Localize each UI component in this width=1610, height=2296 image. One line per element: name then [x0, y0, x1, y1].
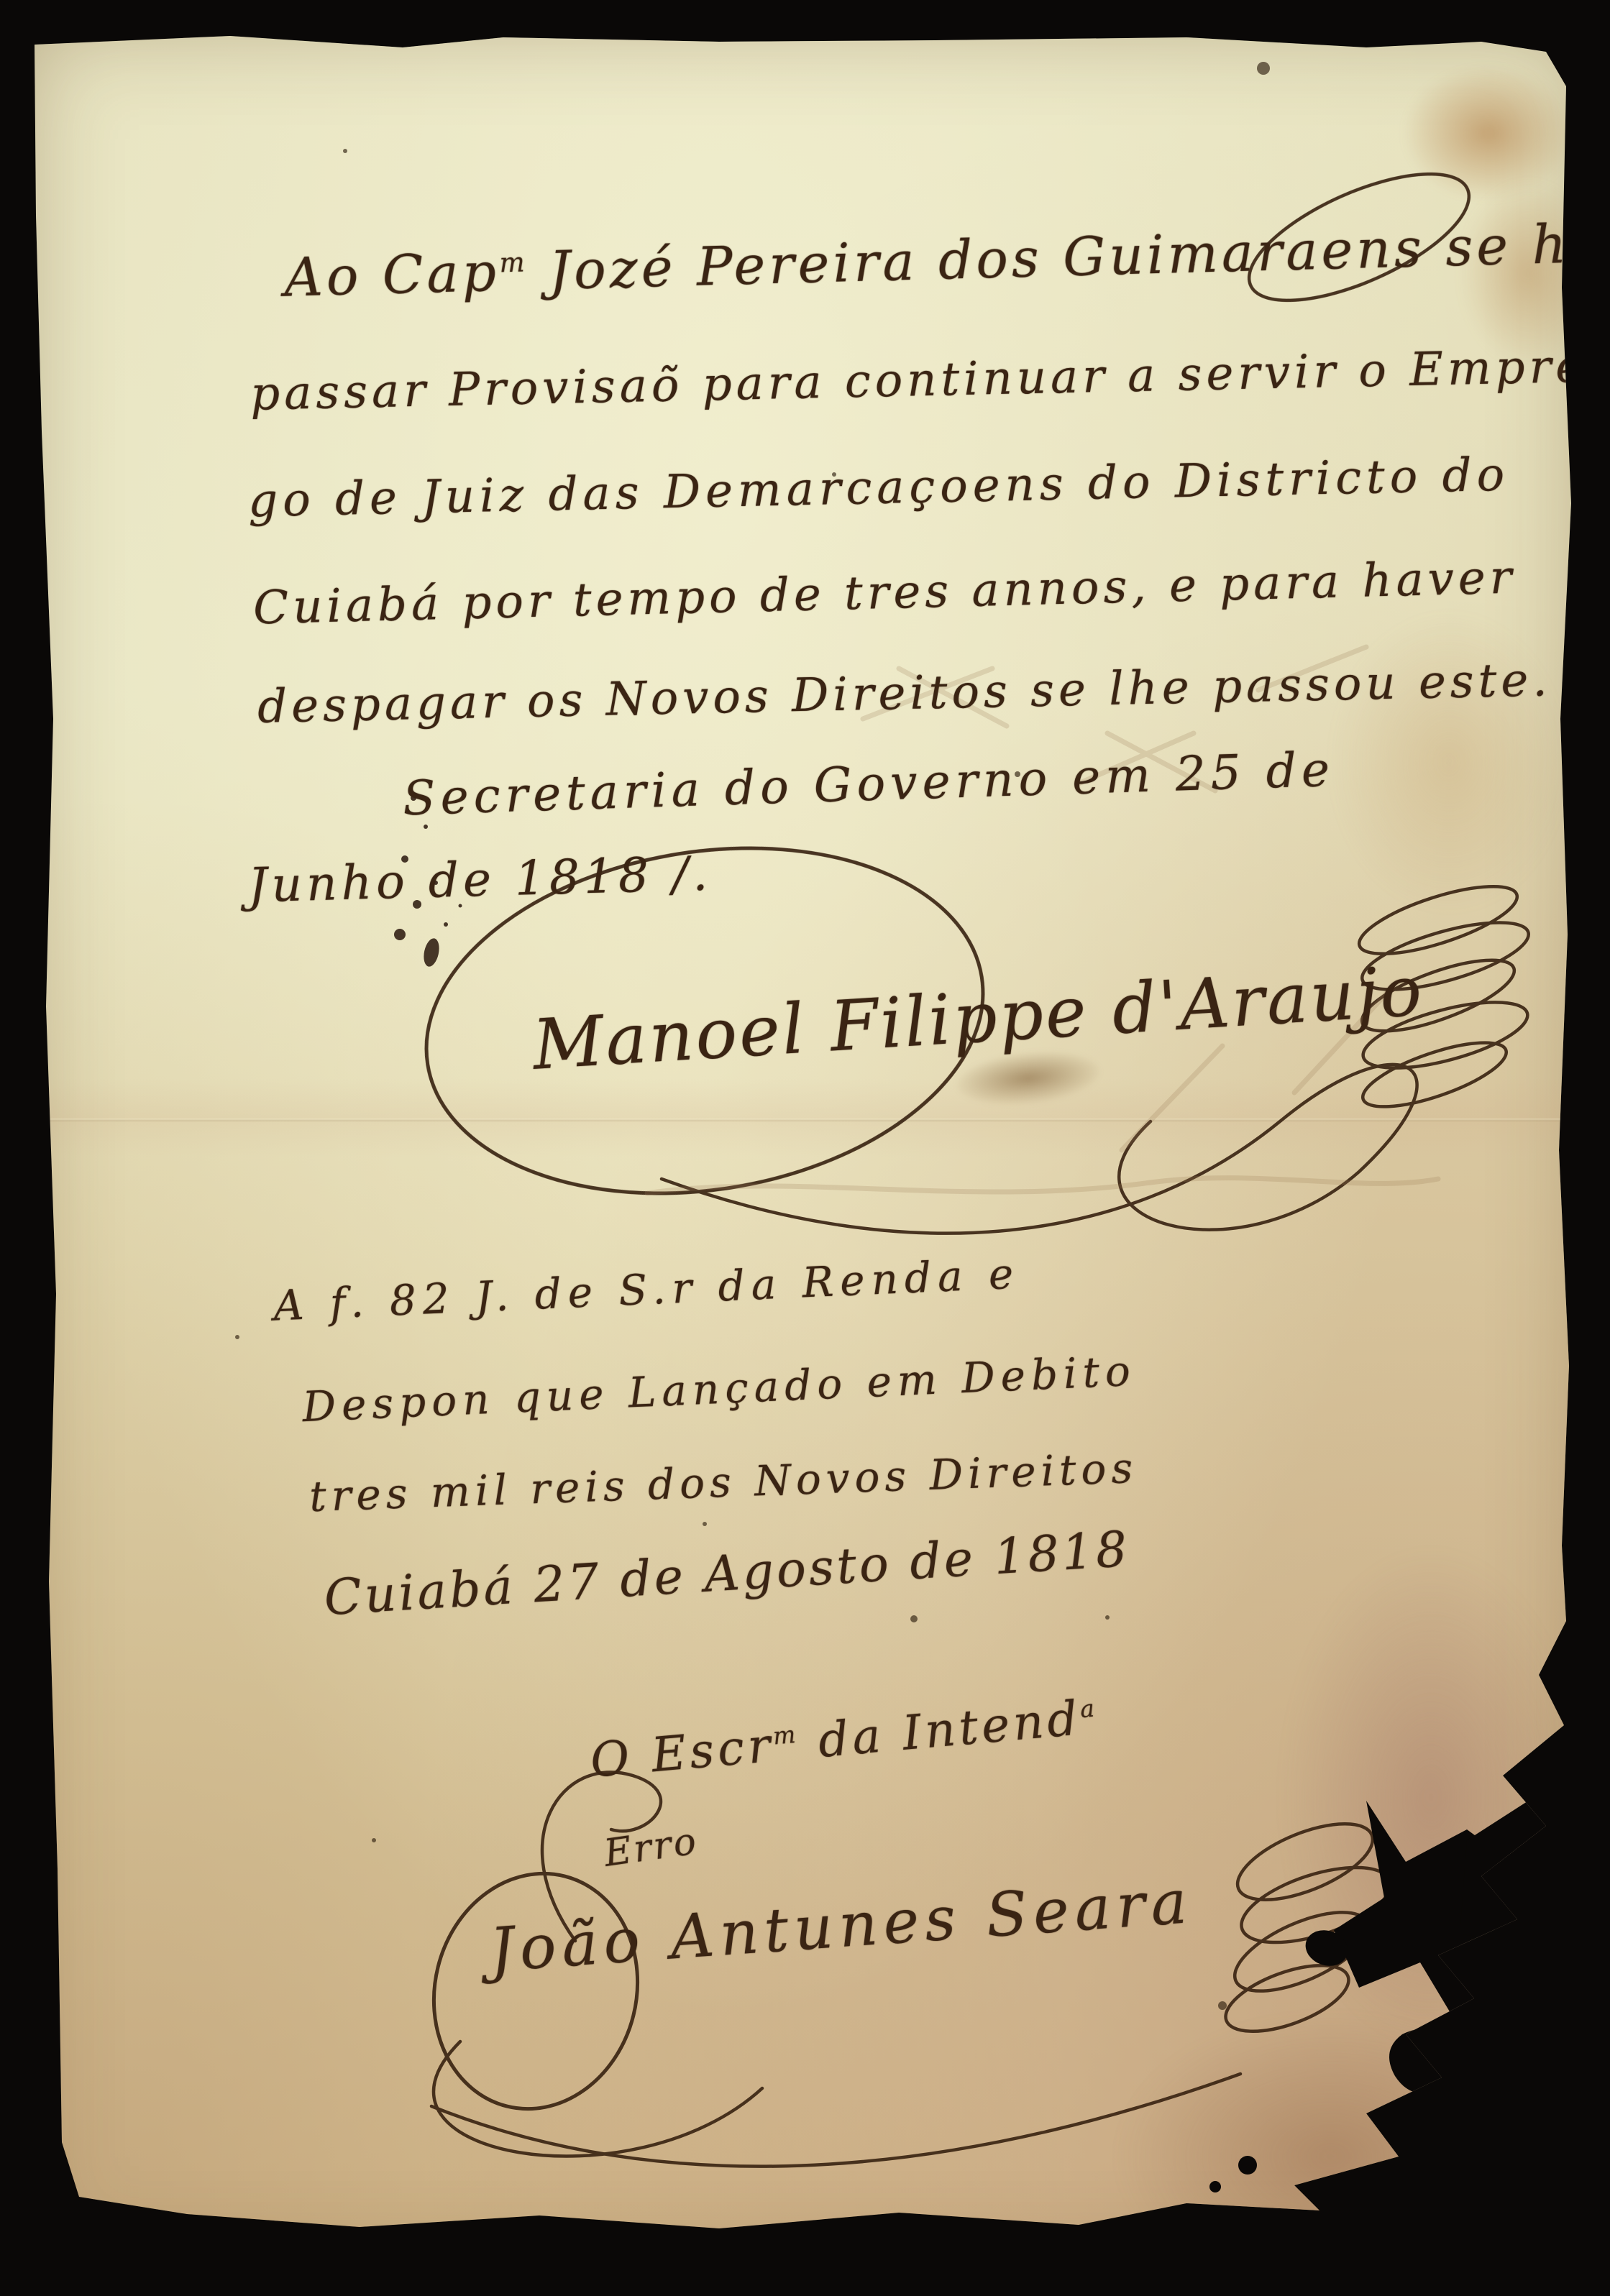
registry-line-1: A f. 82 J. de S.r da Renda e: [273, 1249, 1021, 1330]
flourish-sig1-sweep: [662, 1065, 1417, 1234]
photo-background: Ao Capm Jozé Pereira dos Guimaraens se h…: [0, 0, 1610, 2296]
tear-hole-x: [1334, 1801, 1521, 2016]
registry-line-2: Despon que Lançado em Debito: [301, 1346, 1137, 1432]
decree-line-5: despagar os Novos Direitos se lhe passou…: [257, 653, 1552, 734]
decree-line-2: passar Provisaõ para continuar a servir …: [250, 339, 1607, 421]
registry-date-line: Cuiabá 27 de Agosto de 1818: [323, 1521, 1132, 1627]
flourish-sig2-left-loop: [409, 1852, 662, 2131]
stain-rust-top-right: [1402, 65, 1575, 201]
stain-fold-band: [43, 1078, 1568, 1157]
paper-sheet: Ao Capm Jozé Pereira dos Guimaraens se h…: [0, 0, 1610, 2296]
signature-manoel-filippe: Manoel Filippe d'Araujo: [531, 950, 1426, 1085]
attestation-word: Erro: [601, 1819, 700, 1875]
attestation-title: O Escrm da Intenda: [588, 1689, 1101, 1788]
decree-line-1-superscript: m: [499, 247, 529, 278]
registry-line-3: tres mil reis dos Novos Direitos: [308, 1443, 1138, 1521]
decree-line-3: go de Juiz das Demarcaçoens do Districto…: [247, 449, 1509, 528]
tear-wedge: [1460, 1776, 1571, 1955]
signature-joao-antunes: João Antunes Seara: [488, 1866, 1195, 1985]
fold-crease: [43, 1119, 1568, 1121]
ghost-marks: [647, 647, 1438, 1193]
flourish-sig2-cross: [434, 2042, 762, 2156]
flourish-sig2-coil: [1217, 1808, 1399, 2044]
stain-purple-right: [1280, 1546, 1582, 2049]
decree-line-1-rest: Jozé Pereira dos Guimaraens se ha de: [528, 210, 1610, 303]
stain-bottom-right: [1115, 2013, 1546, 2296]
tear-hole-blob: [1389, 2029, 1464, 2093]
tear-hole-dot-1: [1238, 2156, 1257, 2175]
decree-date-line-1: Secretaria do Governo em 25 de: [402, 742, 1335, 827]
flourish-sig2-tail: [431, 2074, 1240, 2167]
attestation-title-superscript-1: m: [772, 1720, 800, 1750]
attestation-title-prefix: O Escr: [588, 1717, 776, 1788]
decree-date-line-2: Junho de 1818 /.: [247, 846, 713, 914]
tear-hole-dot-2: [1209, 2181, 1221, 2192]
decree-line-1-prefix: Ao Cap: [283, 242, 500, 309]
decree-line-4: Cuiabá por tempo de tres annos, e para h…: [252, 551, 1517, 635]
tear-hole-small: [1301, 1924, 1353, 1972]
decree-line-1: Ao Capm Jozé Pereira dos Guimaraens se h…: [283, 210, 1610, 308]
attestation-title-superscript-2: a: [1079, 1694, 1099, 1723]
attestation-title-mid: da Intend: [797, 1690, 1084, 1770]
